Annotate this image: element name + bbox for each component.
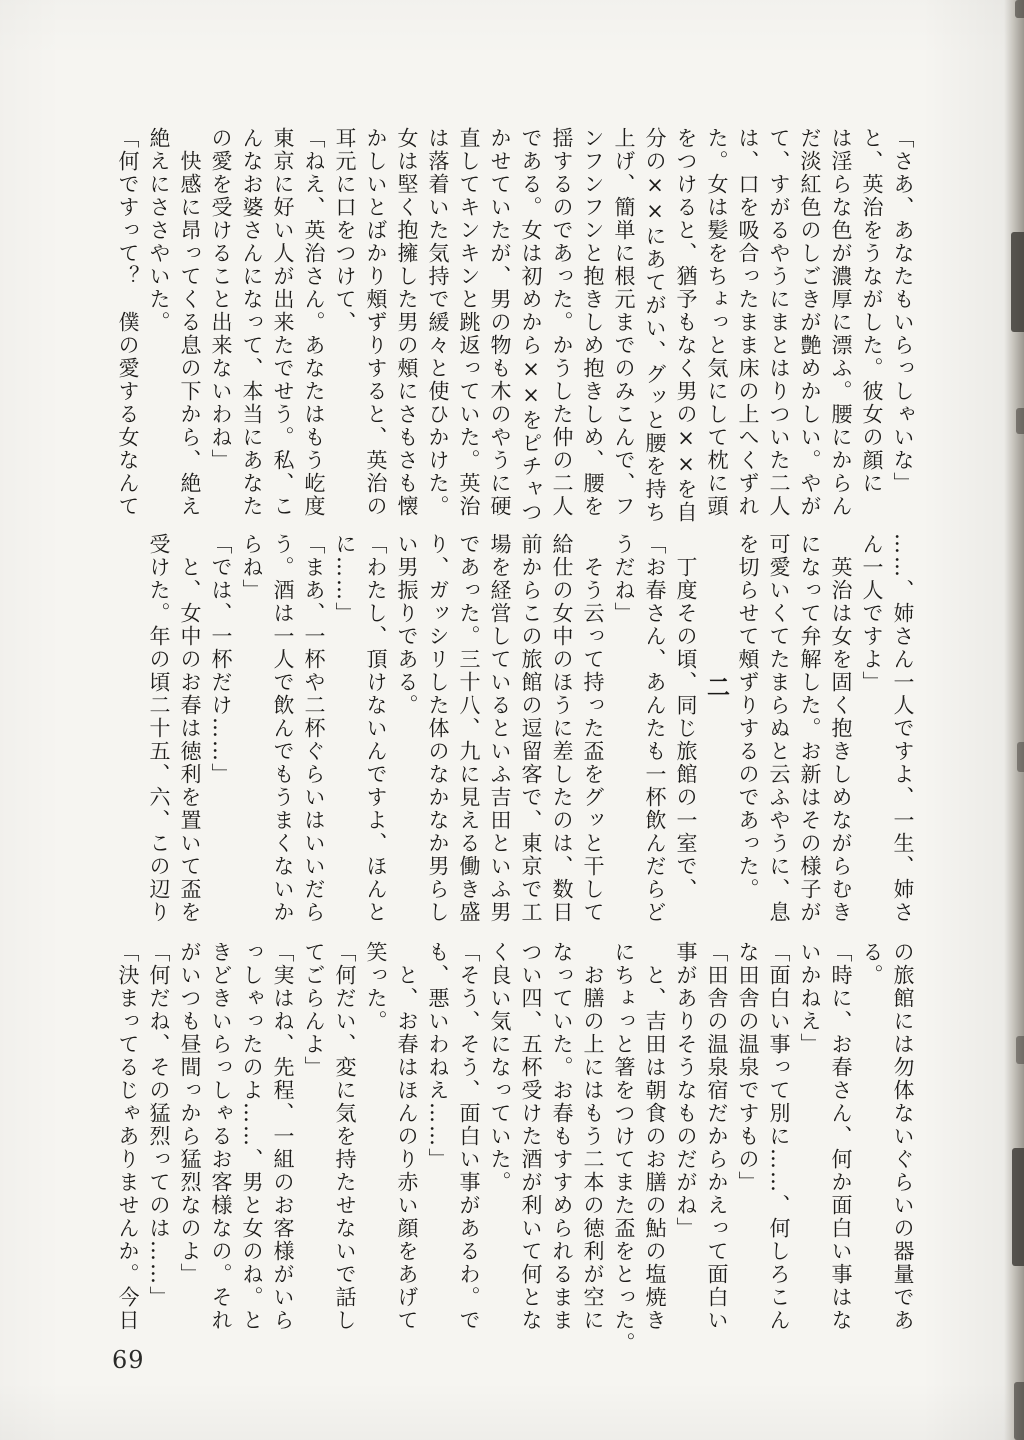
text-section-2: ……、姉さん一人ですよ、一生、姉さん一人ですよ」 英治は女を固く抱きしめながらむ…	[143, 533, 918, 933]
page-number: 69	[112, 1346, 145, 1374]
text-column: 「わたし、頂けないんですよ、ほんと	[360, 533, 391, 933]
text-column: 「そう、そう、面白い事があるわ。で	[453, 941, 484, 1359]
text-column: り、ガッシリした体のなかなか男らし	[422, 533, 453, 933]
text-column: 女は堅く抱擁した男の頰にさもさも懐	[391, 127, 422, 532]
text-section-3: の旅館には勿体ないぐらいの器量である。「時に、お春さん、何か面白い事はないかねえ…	[112, 941, 918, 1359]
text-column: 東京に好い人が出来たでせう。私、こ	[267, 127, 298, 532]
text-column: てごらんよ」	[298, 941, 329, 1359]
text-section-1: 「さあ、あなたもいらっしゃいな」と、英治をうながした。彼女の顔には淫らな色が濃厚…	[112, 127, 918, 532]
text-column: 「決まってるじゃありませんか。今日	[112, 941, 143, 1359]
text-column: を切らせて頰ずりするのであった。	[732, 533, 763, 933]
text-column: は落着いた気持で緩々と使ひかけた。	[422, 127, 453, 532]
scan-edge-mark	[1016, 1036, 1024, 1064]
text-column: 快感に昂ってくる息の下から、絶え	[174, 127, 205, 532]
text-column: と、吉田は朝食のお膳の鮎の塩焼き	[639, 941, 670, 1359]
text-column: 給仕の女中のほうに差したのは、数日	[546, 533, 577, 933]
text-column: 上げ、簡単に根元までのみこんで、フ	[608, 127, 639, 532]
text-column: 「お春さん、あんたも一杯飲んだらど	[639, 533, 670, 933]
scan-edge-mark	[1011, 232, 1024, 332]
text-column: んなお婆さんになって、本当にあなた	[236, 127, 267, 532]
text-column: の愛を受けること出来ないわね」	[205, 127, 236, 532]
text-column: て、すがるやうにまとはりついた二人	[763, 127, 794, 532]
section-number-header: 二	[701, 533, 732, 933]
text-column: 受けた。年の頃二十五、六、この辺り	[143, 533, 174, 933]
scan-edge-mark	[1014, 1382, 1024, 1440]
text-column: 「実はね、先程、一組のお客様がいら	[267, 941, 298, 1359]
text-column: と、英治をうながした。彼女の顔に	[856, 127, 887, 532]
text-column: の旅館には勿体ないぐらいの器量であ	[887, 941, 918, 1359]
text-column: 分の××にあてがい、グッと腰を持ち	[639, 127, 670, 532]
text-column: う。酒は一人で飲んでもうまくないか	[267, 533, 298, 933]
text-column: がいつも昼間っから猛烈なのよ」	[174, 941, 205, 1359]
text-column: かしいとばかり頰ずりすると、英治の	[360, 127, 391, 532]
text-column: きどきいらっしゃるお客様なの。それ	[205, 941, 236, 1359]
text-column: は、口を吸合ったまま床の上へくずれ	[732, 127, 763, 532]
text-column: だ淡紅色のしごきが艶めかしい。やが	[794, 127, 825, 532]
text-column: つい四、五杯受けた酒が利いて何とな	[515, 941, 546, 1359]
text-column: いかねえ」	[794, 941, 825, 1359]
text-column: く良い気になっていた。	[484, 941, 515, 1359]
text-column: る。	[856, 941, 887, 1359]
text-column: 「田舎の温泉宿だからかえって面白い	[701, 941, 732, 1359]
text-column: お膳の上にはもう二本の徳利が空に	[577, 941, 608, 1359]
text-column: と、お春はほんのり赤い顔をあげて	[391, 941, 422, 1359]
text-column: にちょっと箸をつけてまた盃をとった。	[608, 941, 639, 1359]
text-column: 笑った。	[360, 941, 391, 1359]
text-column: 場を経営しているといふ吉田といふ男	[484, 533, 515, 933]
text-column: なっていた。お春もすすめられるまま	[546, 941, 577, 1359]
text-column: 「何ですって？ 僕の愛する女なんて	[112, 127, 143, 532]
text-column: な田舎の温泉ですもの」	[732, 941, 763, 1359]
text-column: に……」	[329, 533, 360, 933]
scan-edge-mark	[1016, 408, 1024, 434]
text-column: 「さあ、あなたもいらっしゃいな」	[887, 127, 918, 532]
scan-edge-mark	[1012, 1148, 1024, 1266]
text-column: ん一人ですよ」	[856, 533, 887, 933]
text-column: 「何だい、変に気を持たせないで話し	[329, 941, 360, 1359]
text-column: も、悪いわねえ……」	[422, 941, 453, 1359]
text-column: そう云って持った盃をグッと干して	[577, 533, 608, 933]
text-column: 絶えにささやいた。	[143, 127, 174, 532]
text-column: 「面白い事って別に……、何しろこん	[763, 941, 794, 1359]
text-column: 耳元に口をつけて、	[329, 127, 360, 532]
text-column: らね」	[236, 533, 267, 933]
text-column: かせていたが、男の物も木のやうに硬	[484, 127, 515, 532]
text-column: 丁度その頃、同じ旅館の一室で、	[670, 533, 701, 933]
text-column: 可愛いくてたまらぬと云ふやうに、息	[763, 533, 794, 933]
text-column: であった。三十八、九に見える働き盛	[453, 533, 484, 933]
text-column: 英治は女を固く抱きしめながらむき	[825, 533, 856, 933]
scan-edge-mark	[1015, 0, 1024, 18]
text-column: ンフンフンと抱きしめ抱きしめ、腰を	[577, 127, 608, 532]
text-column: っしゃったのよ……、男と女のね。と	[236, 941, 267, 1359]
text-column: をつけると、猶予もなく男の××を自	[670, 127, 701, 532]
text-column: と、女中のお春は徳利を置いて盃を	[174, 533, 205, 933]
text-column: た。女は髪をちょっと気にして枕に頭	[701, 127, 732, 532]
text-column: 「時に、お春さん、何か面白い事はな	[825, 941, 856, 1359]
text-column: うだね」	[608, 533, 639, 933]
text-column: 直してキンキンと跳返っていた。英治	[453, 127, 484, 532]
scan-edge-mark	[1017, 742, 1024, 772]
text-column: 「まあ、一杯や二杯ぐらいはいいだら	[298, 533, 329, 933]
text-column: 揺するのであった。かうした仲の二人	[546, 127, 577, 532]
text-column: は淫らな色が濃厚に漂ふ。腰にからん	[825, 127, 856, 532]
text-column: 「何だね、その猛烈ってのは……」	[143, 941, 174, 1359]
text-column: 事がありそうなものだがね」	[670, 941, 701, 1359]
text-column: い男振りである。	[391, 533, 422, 933]
text-column: 「ねえ、英治さん。あなたはもう屹度	[298, 127, 329, 532]
text-column: ……、姉さん一人ですよ、一生、姉さ	[887, 533, 918, 933]
text-column: 「では、一杯だけ……」	[205, 533, 236, 933]
text-column: になって弁解した。お新はその様子が	[794, 533, 825, 933]
text-column: である。女は初めから××をピチャつ	[515, 127, 546, 532]
text-column: 前からこの旅館の逗留客で、東京で工	[515, 533, 546, 933]
